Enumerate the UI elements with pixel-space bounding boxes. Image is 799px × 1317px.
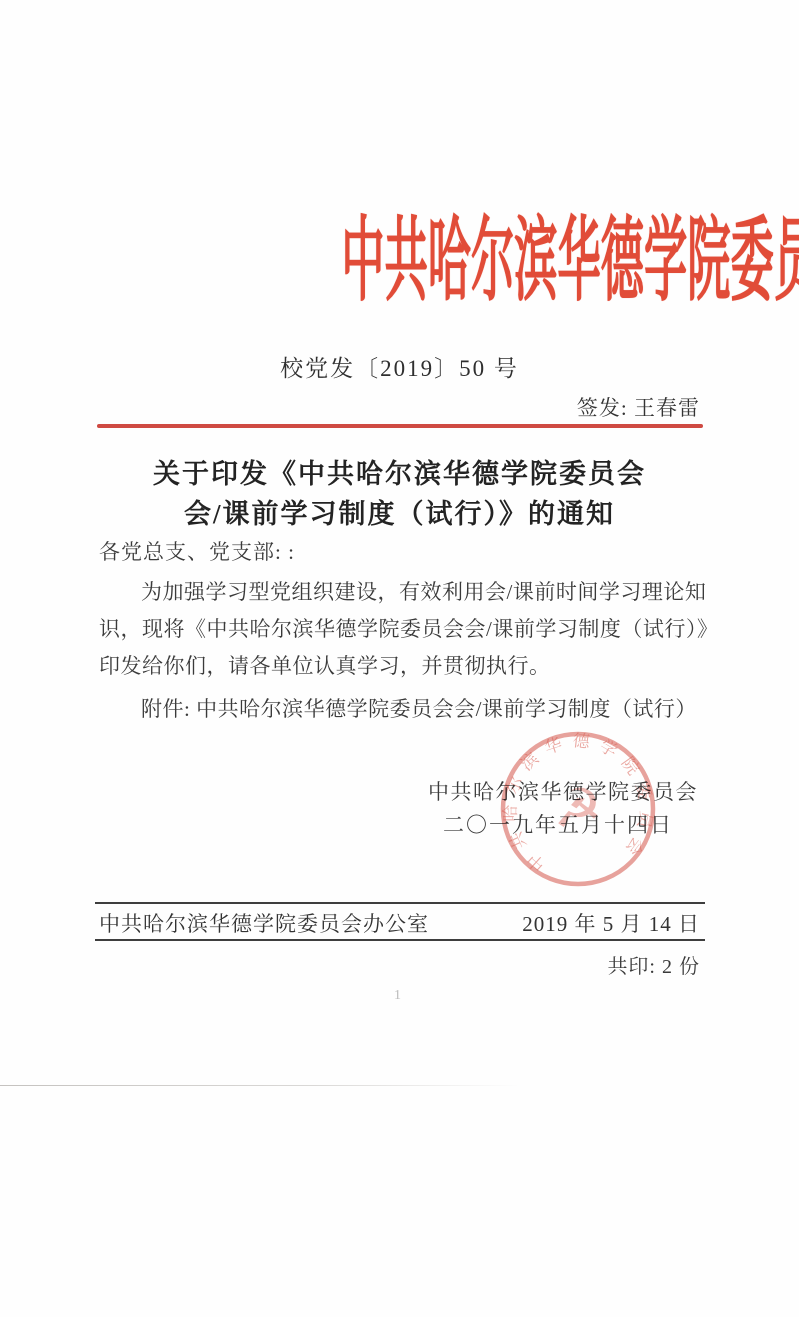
footer-office: 中共哈尔滨华德学院委员会办公室 bbox=[99, 908, 429, 938]
signer-line: 签发: 王春雷 bbox=[577, 392, 700, 422]
signature-org: 中共哈尔滨华德学院委员会 bbox=[428, 776, 698, 806]
subject-title-line-1: 关于印发《中共哈尔滨华德学院委员会 bbox=[0, 452, 799, 491]
doc-number: 校党发〔2019〕50 号 bbox=[0, 350, 799, 383]
page-number: 1 bbox=[394, 988, 401, 1004]
footer-rule-top bbox=[95, 902, 705, 904]
body-paragraph: 为加强学习型党组织建设，有效利用会/课前时间学习理论知 识，现将《中共哈尔滨华德… bbox=[99, 577, 719, 688]
footer-copies: 共印: 2 份 bbox=[607, 950, 700, 979]
salutation: 各党总支、党支部: : bbox=[99, 536, 295, 566]
signature-date: 二〇一九年五月十四日 bbox=[443, 809, 673, 839]
attachment-line: 附件: 中共哈尔滨华德学院委员会会/课前学习制度（试行） bbox=[141, 693, 697, 723]
footer-rule-bottom bbox=[95, 939, 705, 941]
footer-print-date: 2019 年 5 月 14 日 bbox=[522, 908, 700, 938]
paragraph-line: 印发给你们，请各单位认真学习，并贯彻执行。 bbox=[99, 651, 719, 688]
letterhead: 中共哈尔滨华德学院委员会文件 bbox=[0, 210, 799, 312]
red-divider-rule bbox=[97, 424, 703, 428]
paragraph-line: 为加强学习型党组织建设，有效利用会/课前时间学习理论知 bbox=[99, 577, 719, 614]
letterhead-org-title: 中共哈尔滨华德学院委员会文件 bbox=[341, 210, 799, 312]
scan-edge-artifact bbox=[0, 1085, 520, 1086]
paragraph-line: 识，现将《中共哈尔滨华德学院委员会会/课前学习制度（试行）》 bbox=[99, 614, 719, 651]
subject-title-line-2: 会/课前学习制度（试行）》的通知 bbox=[0, 492, 799, 531]
